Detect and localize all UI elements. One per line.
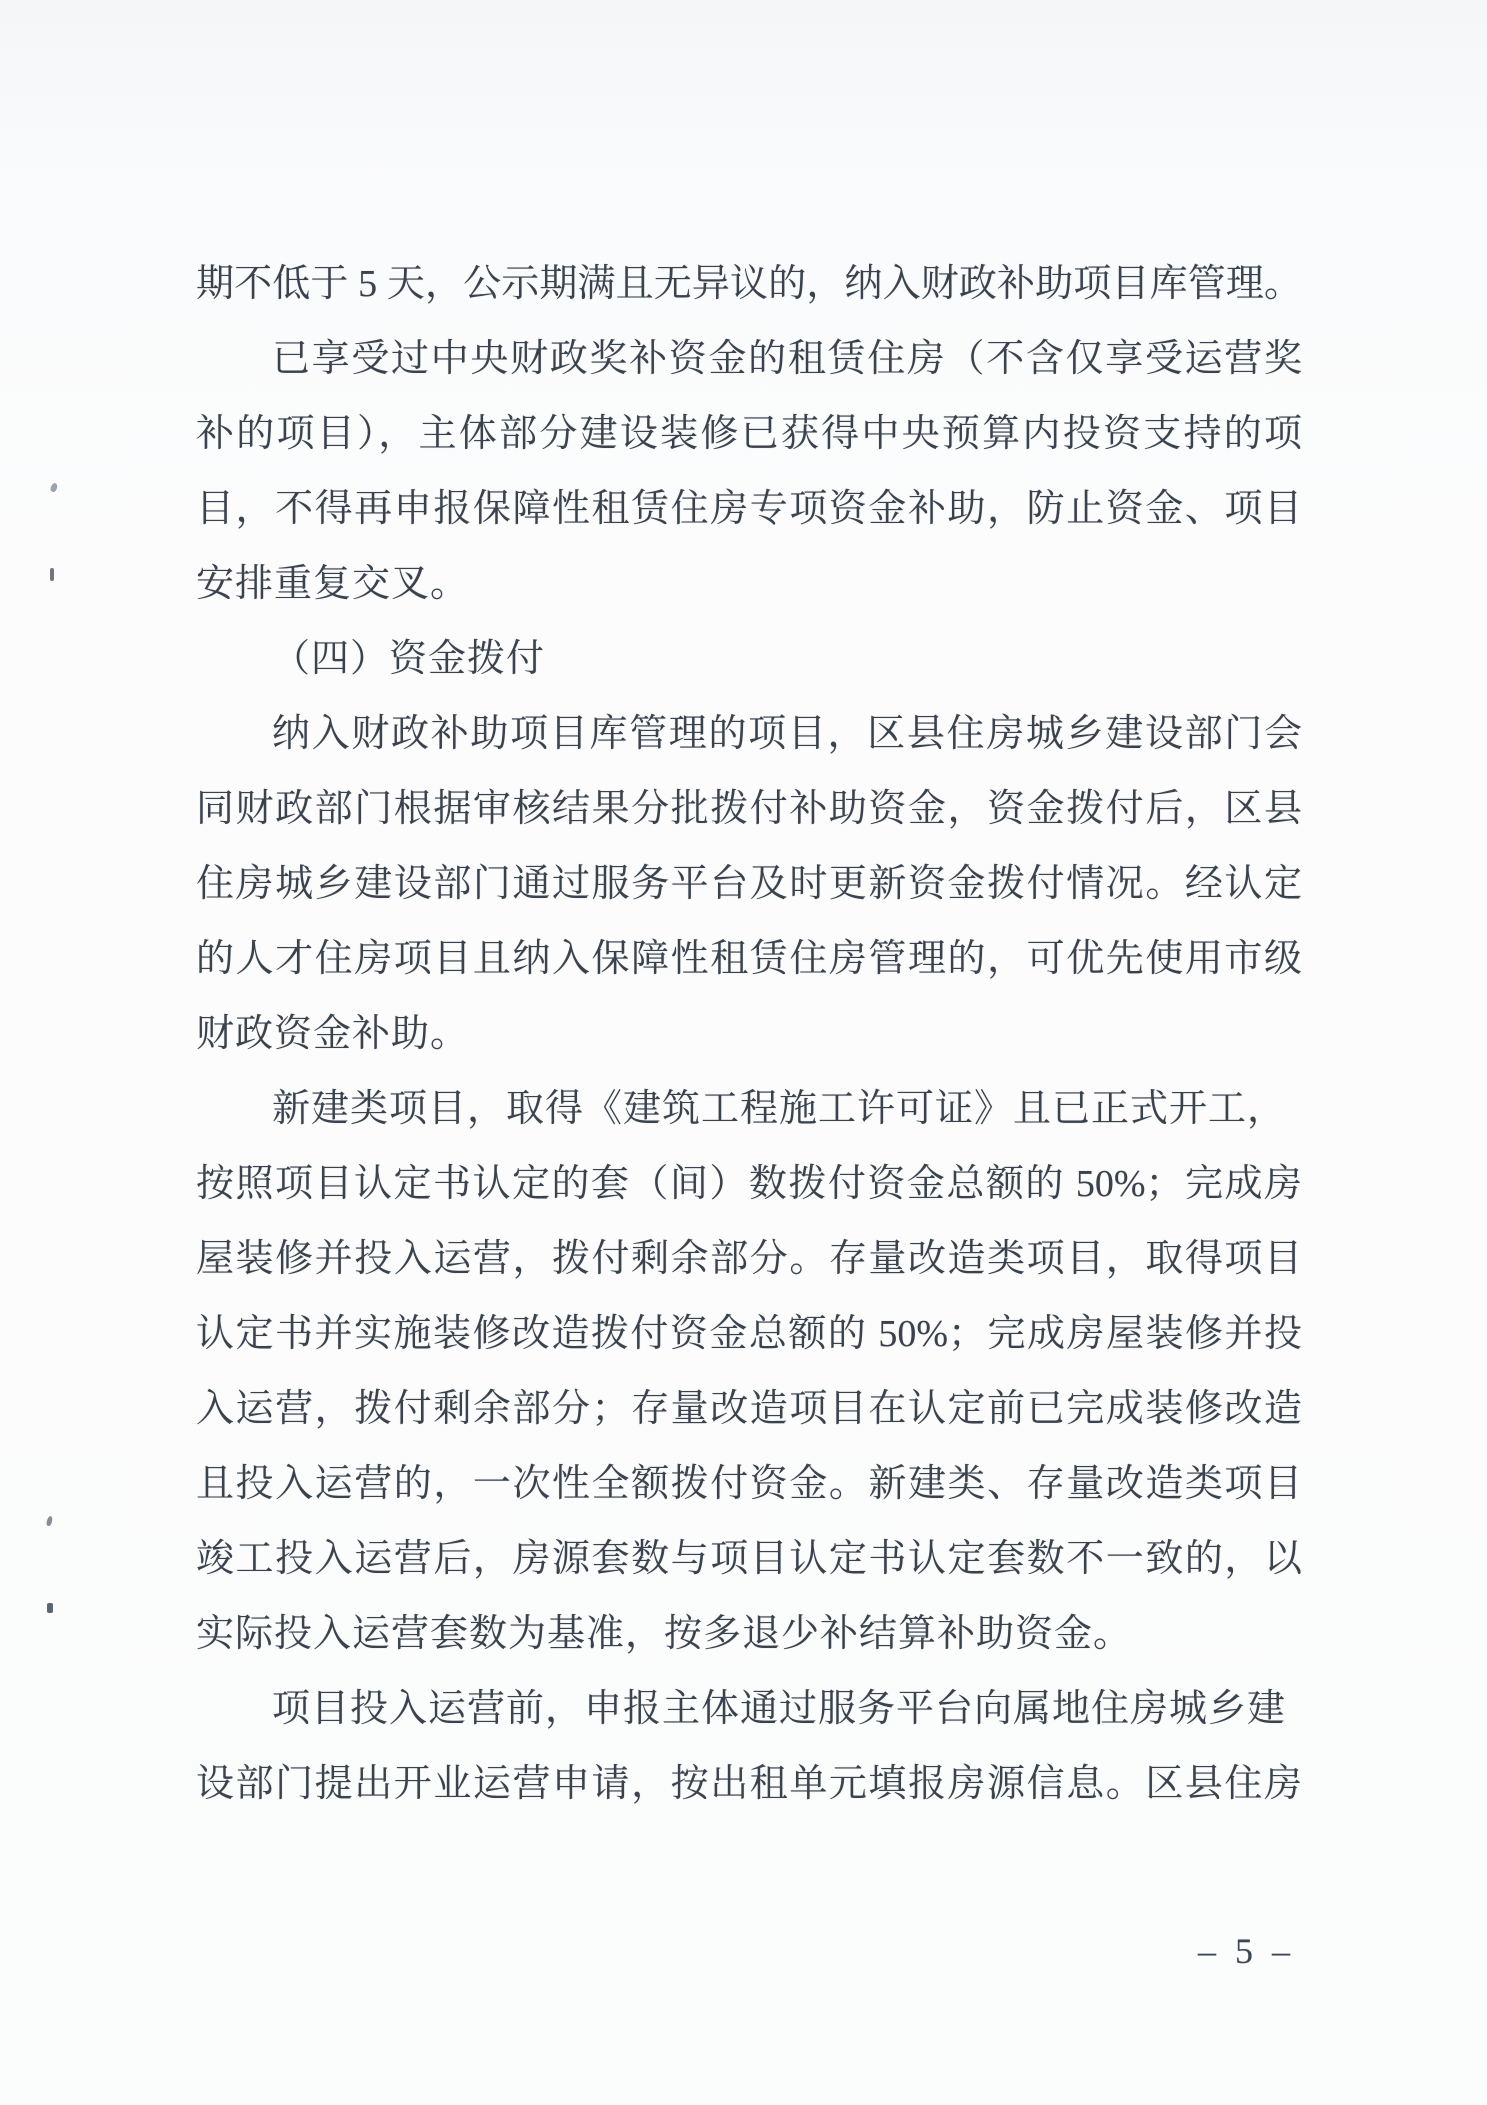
page-number: – 5 –	[1198, 1930, 1295, 1972]
text-line-17: 且投入运营的，一次性全额拨付资金。新建类、存量改造类项目	[196, 1447, 1302, 1522]
scan-artifact	[50, 568, 54, 581]
text-line-7: 纳入财政补助项目库管理的项目，区县住房城乡建设部门会	[196, 697, 1302, 772]
text-line-3: 补的项目），主体部分建设装修已获得中央预算内投资支持的项	[196, 397, 1302, 472]
section-heading: （四）资金拨付	[196, 622, 1302, 697]
text-line-19: 实际投入运营套数为基准，按多退少补结算补助资金。	[196, 1597, 1302, 1672]
text-line-14: 屋装修并投入运营，拨付剩余部分。存量改造类项目，取得项目	[196, 1222, 1302, 1297]
text-line-21: 设部门提出开业运营申请，按出租单元填报房源信息。区县住房	[196, 1747, 1302, 1822]
text-line-5: 安排重复交叉。	[196, 547, 1302, 622]
text-line-4: 目，不得再申报保障性租赁住房专项资金补助，防止资金、项目	[196, 472, 1302, 547]
text-line-8: 同财政部门根据审核结果分批拨付补助资金，资金拨付后，区县	[196, 772, 1302, 847]
scan-artifact	[47, 1603, 53, 1613]
text-line-12: 新建类项目，取得《建筑工程施工许可证》且已正式开工，	[196, 1072, 1302, 1147]
text-line-9: 住房城乡建设部门通过服务平台及时更新资金拨付情况。经认定	[196, 847, 1302, 922]
text-line-1: 期不低于 5 天，公示期满且无异议的，纳入财政补助项目库管理。	[196, 247, 1302, 322]
text-line-16: 入运营，拨付剩余部分；存量改造项目在认定前已完成装修改造	[196, 1372, 1302, 1447]
text-line-13: 按照项目认定书认定的套（间）数拨付资金总额的 50%；完成房	[196, 1147, 1302, 1222]
text-line-10: 的人才住房项目且纳入保障性租赁住房管理的，可优先使用市级	[196, 922, 1302, 997]
text-line-2: 已享受过中央财政奖补资金的租赁住房（不含仅享受运营奖	[196, 322, 1302, 397]
text-line-11: 财政资金补助。	[196, 997, 1302, 1072]
text-line-18: 竣工投入运营后，房源套数与项目认定书认定套数不一致的，以	[196, 1522, 1302, 1597]
text-line-20: 项目投入运营前，申报主体通过服务平台向属地住房城乡建	[196, 1672, 1302, 1747]
scan-artifact	[50, 482, 59, 493]
document-text-block: 期不低于 5 天，公示期满且无异议的，纳入财政补助项目库管理。已享受过中央财政奖…	[196, 247, 1302, 1822]
scan-artifact	[46, 1516, 53, 1527]
document-page: 期不低于 5 天，公示期满且无异议的，纳入财政补助项目库管理。已享受过中央财政奖…	[0, 0, 1487, 2105]
text-line-15: 认定书并实施装修改造拨付资金总额的 50%；完成房屋装修并投	[196, 1297, 1302, 1372]
